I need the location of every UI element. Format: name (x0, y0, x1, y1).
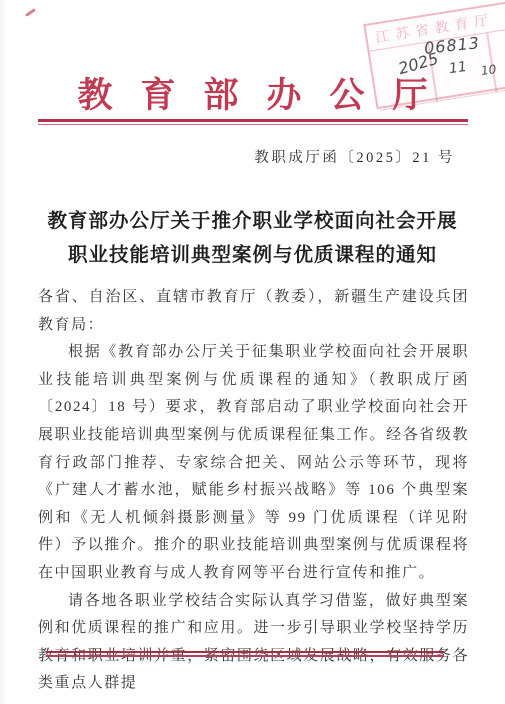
body-paragraph-1: 根据《教育部办公厅关于征集职业学校面向社会开展职业技能培训典型案例与优质课程的通… (38, 339, 469, 587)
handwritten-date-day: 10 (480, 62, 497, 78)
handwritten-date-month: 11 (448, 59, 468, 77)
letterhead-org-name: 教育部办公厅 (0, 68, 505, 118)
document-title-line1: 教育部办公厅关于推介职业学校面向社会开展 (0, 204, 505, 238)
letterhead-rule (38, 119, 468, 125)
salutation: 各省、自治区、直辖市教育厅（教委），新疆生产建设兵团教育局： (38, 284, 469, 339)
body-paragraph-2: 请各地各职业学校结合实际认真学习借鉴，做好典型案例和优质课程的推广和应用。进一步… (38, 588, 469, 698)
document-number: 教职成厅函〔2025〕21 号 (254, 146, 455, 167)
document-title: 教育部办公厅关于推介职业学校面向社会开展 职业技能培训典型案例与优质课程的通知 (0, 204, 505, 272)
document-body: 各省、自治区、直辖市教育厅（教委），新疆生产建设兵团教育局： 根据《教育部办公厅… (38, 284, 469, 698)
registrar-tick-mark (25, 8, 36, 17)
page-bottom-rule (46, 651, 444, 657)
document-page: 江苏省教育厅 日 06813 2025 11 10 教育部办公厅 教职成厅函〔2… (0, 0, 505, 704)
document-title-line2: 职业技能培训典型案例与优质课程的通知 (0, 238, 505, 272)
